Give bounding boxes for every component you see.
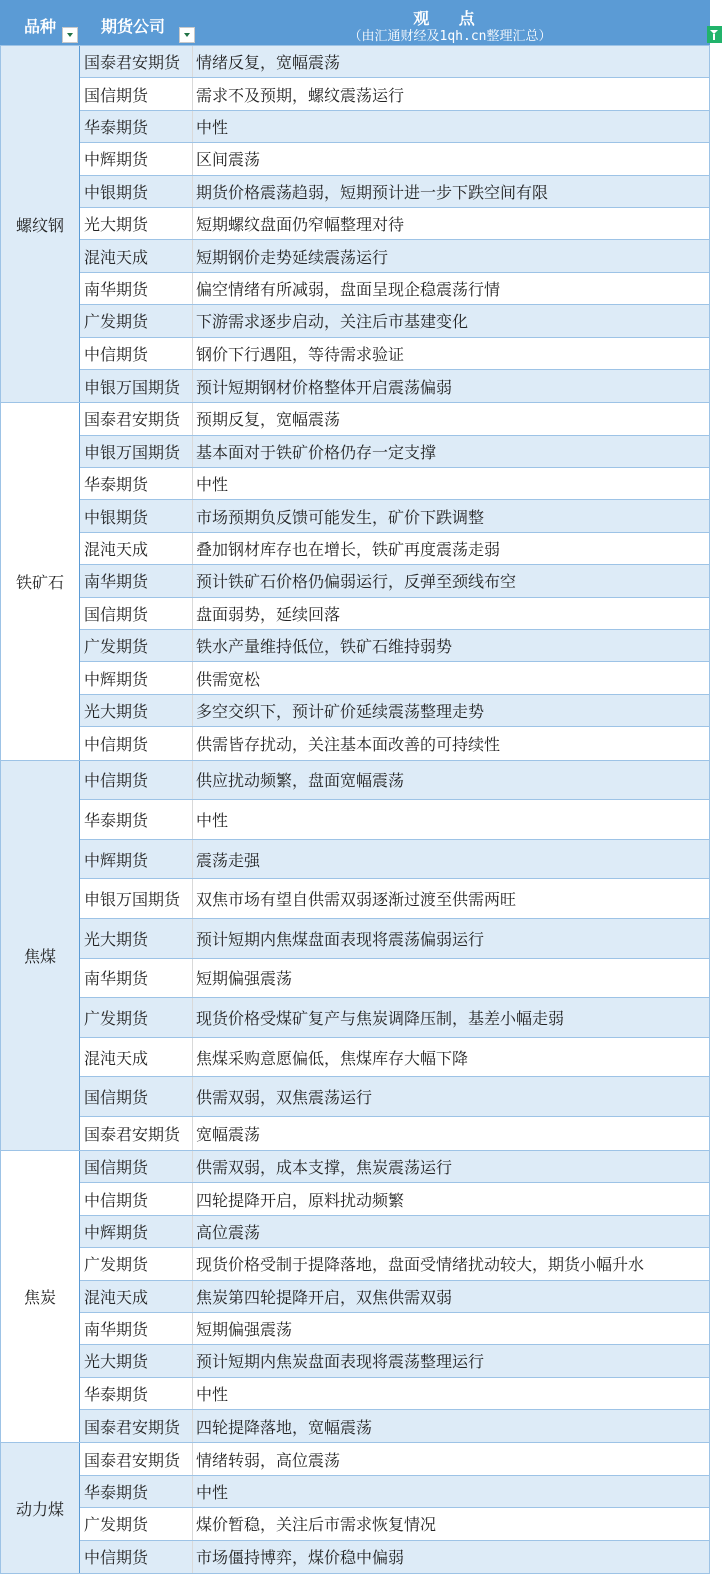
view-cell: 短期螺纹盘面仍窄幅整理对待 <box>193 208 710 239</box>
view-cell: 中性 <box>193 1378 710 1409</box>
header-cell-company: 期货公司 <box>81 0 195 45</box>
view-cell: 钢价下行遇阻，等待需求验证 <box>193 338 710 369</box>
table-row: 中信期货四轮提降开启，原料扰动频繁 <box>80 1183 710 1215</box>
table-row: 国信期货盘面弱势，延续回落 <box>80 598 710 630</box>
company-cell: 南华期货 <box>80 959 193 998</box>
table-row: 混沌天成叠加钢材库存也在增长，铁矿再度震荡走弱 <box>80 533 710 565</box>
table-row: 中辉期货高位震荡 <box>80 1216 710 1248</box>
table-row: 申银万国期货预计短期钢材价格整体开启震荡偏弱 <box>80 370 710 402</box>
table-row: 光大期货多空交织下，预计矿价延续震荡整理走势 <box>80 695 710 727</box>
company-cell: 国信期货 <box>80 1151 193 1182</box>
table-row: 华泰期货中性 <box>80 111 710 143</box>
company-cell: 中银期货 <box>80 500 193 531</box>
group-rebar: 螺纹钢 国泰君安期货情绪反复，宽幅震荡 国信期货需求不及预期，螺纹震荡运行 华泰… <box>0 46 710 403</box>
view-cell: 预计短期钢材价格整体开启震荡偏弱 <box>193 370 710 402</box>
dropdown-arrow-icon[interactable] <box>62 27 78 43</box>
table-row: 混沌天成焦炭第四轮提降开启，双焦供需双弱 <box>80 1281 710 1313</box>
table-row: 中银期货期货价格震荡趋弱，短期预计进一步下跌空间有限 <box>80 176 710 208</box>
view-cell: 现货价格受制于提降落地，盘面受情绪扰动较大，期货小幅升水 <box>193 1248 710 1279</box>
table-row: 国信期货需求不及预期，螺纹震荡运行 <box>80 78 710 110</box>
view-cell: 供需双弱，双焦震荡运行 <box>193 1077 710 1116</box>
view-cell: 煤价暂稳，关注后市需求恢复情况 <box>193 1508 710 1539</box>
view-cell: 供需宽松 <box>193 662 710 693</box>
table-row: 广发期货下游需求逐步启动，关注后市基建变化 <box>80 305 710 337</box>
header-company-label: 期货公司 <box>101 14 165 37</box>
view-cell: 供应扰动频繁，盘面宽幅震荡 <box>193 761 710 800</box>
company-cell: 广发期货 <box>80 630 193 661</box>
view-cell: 期货价格震荡趋弱，短期预计进一步下跌空间有限 <box>193 176 710 207</box>
table-row: 国泰君安期货情绪转弱，高位震荡 <box>80 1443 710 1475</box>
company-cell: 中辉期货 <box>80 1216 193 1247</box>
company-cell: 中银期货 <box>80 176 193 207</box>
company-cell: 广发期货 <box>80 998 193 1037</box>
company-cell: 中信期货 <box>80 761 193 800</box>
header-variety-label: 品种 <box>24 14 56 37</box>
view-cell: 基本面对于铁矿价格仍存一定支撑 <box>193 436 710 467</box>
table-row: 光大期货预计短期内焦炭盘面表现将震荡整理运行 <box>80 1345 710 1377</box>
view-cell: 区间震荡 <box>193 143 710 174</box>
table-row: 南华期货偏空情绪有所减弱，盘面呈现企稳震荡行情 <box>80 273 710 305</box>
variety-cell: 焦炭 <box>0 1151 80 1443</box>
futures-views-table: 品种 期货公司 观 点 （由汇通财经及1qh.cn整理汇总） 螺纹钢 国泰君安期… <box>0 0 710 1574</box>
company-cell: 南华期货 <box>80 273 193 304</box>
view-cell: 下游需求逐步启动，关注后市基建变化 <box>193 305 710 336</box>
table-row: 广发期货铁水产量维持低位，铁矿石维持弱势 <box>80 630 710 662</box>
view-cell: 预计短期内焦炭盘面表现将震荡整理运行 <box>193 1345 710 1376</box>
group-coke: 焦炭 国信期货供需双弱，成本支撑，焦炭震荡运行 中信期货四轮提降开启，原料扰动频… <box>0 1151 710 1444</box>
company-cell: 中辉期货 <box>80 840 193 879</box>
company-cell: 华泰期货 <box>80 800 193 839</box>
view-cell: 铁水产量维持低位，铁矿石维持弱势 <box>193 630 710 661</box>
table-row: 广发期货现货价格受煤矿复产与焦炭调降压制，基差小幅走弱 <box>80 998 710 1038</box>
table-row: 光大期货预计短期内焦煤盘面表现将震荡偏弱运行 <box>80 919 710 959</box>
variety-cell: 螺纹钢 <box>0 46 80 402</box>
company-cell: 华泰期货 <box>80 1378 193 1409</box>
view-cell: 焦煤采购意愿偏低，焦煤库存大幅下降 <box>193 1038 710 1077</box>
table-row: 中信期货钢价下行遇阻，等待需求验证 <box>80 338 710 370</box>
company-cell: 中信期货 <box>80 1183 193 1214</box>
table-row: 申银万国期货基本面对于铁矿价格仍存一定支撑 <box>80 436 710 468</box>
table-row: 中银期货市场预期负反馈可能发生，矿价下跌调整 <box>80 500 710 532</box>
header-cell-variety: 品种 <box>0 0 81 45</box>
company-cell: 广发期货 <box>80 1508 193 1539</box>
company-cell: 光大期货 <box>80 1345 193 1376</box>
view-cell: 宽幅震荡 <box>193 1117 710 1150</box>
view-cell: 中性 <box>193 111 710 142</box>
header-view-subtitle: （由汇通财经及1qh.cn整理汇总） <box>195 25 705 44</box>
company-cell: 国泰君安期货 <box>80 1410 193 1442</box>
table-row: 南华期货预计铁矿石价格仍偏弱运行，反弹至颈线布空 <box>80 565 710 597</box>
company-cell: 中信期货 <box>80 338 193 369</box>
table-row: 华泰期货中性 <box>80 800 710 840</box>
view-cell: 市场僵持博弈，煤价稳中偏弱 <box>193 1541 710 1573</box>
table-header: 品种 期货公司 观 点 （由汇通财经及1qh.cn整理汇总） <box>0 0 710 46</box>
table-row: 申银万国期货双焦市场有望自供需双弱逐渐过渡至供需两旺 <box>80 879 710 919</box>
group-thermal-coal: 动力煤 国泰君安期货情绪转弱，高位震荡 华泰期货中性 广发期货煤价暂稳，关注后市… <box>0 1443 710 1574</box>
table-row: 国信期货供需双弱，双焦震荡运行 <box>80 1077 710 1117</box>
view-cell: 需求不及预期，螺纹震荡运行 <box>193 78 710 109</box>
view-cell: 情绪转弱，高位震荡 <box>193 1443 710 1474</box>
table-row: 混沌天成焦煤采购意愿偏低，焦煤库存大幅下降 <box>80 1038 710 1078</box>
view-cell: 现货价格受煤矿复产与焦炭调降压制，基差小幅走弱 <box>193 998 710 1037</box>
company-cell: 申银万国期货 <box>80 879 193 918</box>
company-cell: 中辉期货 <box>80 143 193 174</box>
view-cell: 多空交织下，预计矿价延续震荡整理走势 <box>193 695 710 726</box>
company-cell: 混沌天成 <box>80 533 193 564</box>
table-row: 南华期货短期偏强震荡 <box>80 959 710 999</box>
company-cell: 中信期货 <box>80 1541 193 1573</box>
company-cell: 申银万国期货 <box>80 370 193 402</box>
company-cell: 混沌天成 <box>80 1038 193 1077</box>
table-row: 中辉期货供需宽松 <box>80 662 710 694</box>
view-cell: 市场预期负反馈可能发生，矿价下跌调整 <box>193 500 710 531</box>
view-cell: 短期钢价走势延续震荡运行 <box>193 240 710 271</box>
company-cell: 光大期货 <box>80 695 193 726</box>
table-row: 国泰君安期货四轮提降落地，宽幅震荡 <box>80 1410 710 1442</box>
view-cell: 震荡走强 <box>193 840 710 879</box>
table-row: 国泰君安期货宽幅震荡 <box>80 1117 710 1150</box>
table-row: 国信期货供需双弱，成本支撑，焦炭震荡运行 <box>80 1151 710 1183</box>
company-cell: 广发期货 <box>80 1248 193 1279</box>
company-cell: 国泰君安期货 <box>80 403 193 434</box>
company-cell: 广发期货 <box>80 305 193 336</box>
variety-cell: 焦煤 <box>0 761 80 1150</box>
company-cell: 国信期货 <box>80 1077 193 1116</box>
view-cell: 中性 <box>193 468 710 499</box>
company-cell: 光大期货 <box>80 208 193 239</box>
group-iron-ore: 铁矿石 国泰君安期货预期反复，宽幅震荡 申银万国期货基本面对于铁矿价格仍存一定支… <box>0 403 710 760</box>
company-cell: 南华期货 <box>80 1313 193 1344</box>
company-cell: 光大期货 <box>80 919 193 958</box>
table-row: 华泰期货中性 <box>80 1476 710 1508</box>
view-cell: 盘面弱势，延续回落 <box>193 598 710 629</box>
company-cell: 国泰君安期货 <box>80 46 193 77</box>
table-row: 华泰期货中性 <box>80 1378 710 1410</box>
view-cell: 预计铁矿石价格仍偏弱运行，反弹至颈线布空 <box>193 565 710 596</box>
view-cell: 情绪反复，宽幅震荡 <box>193 46 710 77</box>
group-coking-coal: 焦煤 中信期货供应扰动频繁，盘面宽幅震荡 华泰期货中性 中辉期货震荡走强 申银万… <box>0 761 710 1151</box>
table-row: 中信期货供应扰动频繁，盘面宽幅震荡 <box>80 761 710 801</box>
company-cell: 混沌天成 <box>80 240 193 271</box>
dropdown-arrow-icon[interactable] <box>179 27 195 43</box>
company-cell: 华泰期货 <box>80 111 193 142</box>
company-cell: 国泰君安期货 <box>80 1443 193 1474</box>
table-row: 广发期货煤价暂稳，关注后市需求恢复情况 <box>80 1508 710 1540</box>
view-cell: 短期偏强震荡 <box>193 1313 710 1344</box>
table-row: 国泰君安期货预期反复，宽幅震荡 <box>80 403 710 435</box>
view-cell: 预期反复，宽幅震荡 <box>193 403 710 434</box>
view-cell: 四轮提降开启，原料扰动频繁 <box>193 1183 710 1214</box>
view-cell: 四轮提降落地，宽幅震荡 <box>193 1410 710 1442</box>
view-cell: 高位震荡 <box>193 1216 710 1247</box>
company-cell: 国信期货 <box>80 598 193 629</box>
table-row: 国泰君安期货情绪反复，宽幅震荡 <box>80 46 710 78</box>
view-cell: 偏空情绪有所减弱，盘面呈现企稳震荡行情 <box>193 273 710 304</box>
company-cell: 中辉期货 <box>80 662 193 693</box>
view-cell: 短期偏强震荡 <box>193 959 710 998</box>
table-row: 南华期货短期偏强震荡 <box>80 1313 710 1345</box>
header-cell-view: 观 点 （由汇通财经及1qh.cn整理汇总） <box>195 0 722 45</box>
company-cell: 国信期货 <box>80 78 193 109</box>
filter-icon[interactable] <box>707 26 722 43</box>
table-row: 中信期货供需皆存扰动，关注基本面改善的可持续性 <box>80 727 710 759</box>
view-cell: 供需皆存扰动，关注基本面改善的可持续性 <box>193 727 710 759</box>
company-cell: 华泰期货 <box>80 1476 193 1507</box>
view-cell: 预计短期内焦煤盘面表现将震荡偏弱运行 <box>193 919 710 958</box>
table-row: 中辉期货震荡走强 <box>80 840 710 880</box>
variety-cell: 动力煤 <box>0 1443 80 1573</box>
company-cell: 中信期货 <box>80 727 193 759</box>
view-cell: 中性 <box>193 1476 710 1507</box>
table-row: 华泰期货中性 <box>80 468 710 500</box>
company-cell: 混沌天成 <box>80 1281 193 1312</box>
table-row: 广发期货现货价格受制于提降落地，盘面受情绪扰动较大，期货小幅升水 <box>80 1248 710 1280</box>
view-cell: 供需双弱，成本支撑，焦炭震荡运行 <box>193 1151 710 1182</box>
company-cell: 华泰期货 <box>80 468 193 499</box>
view-cell: 叠加钢材库存也在增长，铁矿再度震荡走弱 <box>193 533 710 564</box>
table-row: 中辉期货区间震荡 <box>80 143 710 175</box>
view-cell: 焦炭第四轮提降开启，双焦供需双弱 <box>193 1281 710 1312</box>
table-row: 光大期货短期螺纹盘面仍窄幅整理对待 <box>80 208 710 240</box>
view-cell: 双焦市场有望自供需双弱逐渐过渡至供需两旺 <box>193 879 710 918</box>
variety-cell: 铁矿石 <box>0 403 80 759</box>
company-cell: 申银万国期货 <box>80 436 193 467</box>
view-cell: 中性 <box>193 800 710 839</box>
company-cell: 南华期货 <box>80 565 193 596</box>
company-cell: 国泰君安期货 <box>80 1117 193 1150</box>
table-row: 混沌天成短期钢价走势延续震荡运行 <box>80 240 710 272</box>
table-row: 中信期货市场僵持博弈，煤价稳中偏弱 <box>80 1541 710 1573</box>
